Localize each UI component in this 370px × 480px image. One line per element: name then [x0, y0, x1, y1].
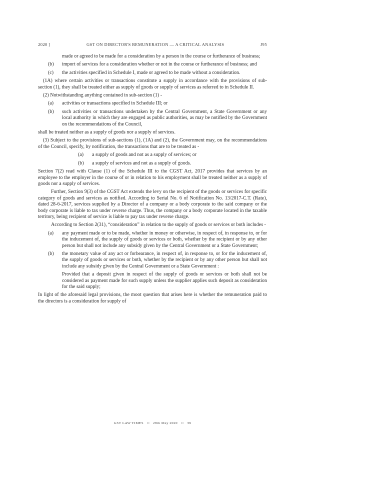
paragraph: Provided that a deposit given in respect…	[62, 272, 267, 291]
paragraph: According to Section 2(31), “considerati…	[38, 222, 267, 228]
list-item-marker: (c)	[48, 70, 62, 76]
list-item: (b)such activities or transactions under…	[48, 109, 267, 128]
article-running-title: GST ON DIRECTOR'S REMUNERATION — A CRITI…	[50, 42, 260, 47]
scanned-journal-page: 2020 ] GST ON DIRECTOR'S REMUNERATION — …	[0, 0, 370, 480]
list-item-marker: (b)	[78, 160, 92, 166]
list-item-text: a supply of goods and not as a supply of…	[92, 152, 267, 158]
list-item-marker: (b)	[48, 251, 62, 270]
header-page-number: J95	[260, 42, 267, 47]
paragraph: In light of the aforesaid legal provisio…	[38, 292, 267, 304]
list-item-marker: (a)	[48, 230, 62, 249]
list-item-text: a supply of services and not as a supply…	[92, 160, 267, 166]
list-item-text: the activities specified in Schedule I, …	[62, 70, 267, 76]
paragraph: (2) Notwithstanding anything contained i…	[38, 93, 267, 99]
list-item: (a)any payment made or to be made, wheth…	[48, 230, 267, 249]
list-item: (c)the activities specified in Schedule …	[48, 70, 267, 76]
footer-page-number: 39	[187, 421, 191, 425]
paragraph: shall be treated neither as a supply of …	[38, 130, 267, 136]
footer-journal-name: GST LAW TIMES	[114, 421, 144, 425]
text-column: 2020 ] GST ON DIRECTOR'S REMUNERATION — …	[38, 0, 267, 305]
page-footer: GST LAW TIMES □ 28th May 2020 □ 39	[38, 421, 267, 425]
header-year: 2020 ]	[38, 42, 50, 47]
paragraph: (1A) where certain activities or transac…	[38, 78, 267, 90]
list-item-text: any payment made or to be made, whether …	[62, 230, 267, 249]
list-item-text: such activities or transactions undertak…	[62, 109, 267, 128]
list-item: (a)activities or transactions specified …	[48, 101, 267, 107]
page-header: 2020 ] GST ON DIRECTOR'S REMUNERATION — …	[38, 42, 267, 47]
list-item-text: import of services for a consideration w…	[62, 62, 267, 68]
list-item-text: the monetary value of any act or forbear…	[62, 251, 267, 270]
list-item-marker: (b)	[48, 62, 62, 68]
list-item: (b)import of services for a consideratio…	[48, 62, 267, 68]
paragraph: made or agreed to be made for a consider…	[62, 54, 267, 60]
footer-date: 28th May 2020	[153, 421, 178, 425]
paragraph: (3) Subject to the provisions of sub-sec…	[38, 138, 267, 150]
list-item-marker: (b)	[48, 109, 62, 128]
page-canvas: 2020 ] GST ON DIRECTOR'S REMUNERATION — …	[0, 0, 370, 480]
list-item-marker: (a)	[48, 101, 62, 107]
paragraph: Further, Section 9(3) of the CGST Act ex…	[38, 189, 267, 220]
paragraph: Section 7(2) read with Clause (1) of the…	[38, 169, 267, 188]
body-text: made or agreed to be made for a consider…	[38, 54, 267, 305]
footer-separator-icon: □	[179, 422, 186, 426]
list-item: (b)the monetary value of any act or forb…	[48, 251, 267, 270]
footer-separator-icon: □	[145, 422, 152, 426]
list-item-marker: (a)	[78, 152, 92, 158]
list-item: (b)a supply of services and not as a sup…	[78, 160, 267, 166]
list-item: (a)a supply of goods and not as a supply…	[78, 152, 267, 158]
list-item-text: activities or transactions specified in …	[62, 101, 267, 107]
